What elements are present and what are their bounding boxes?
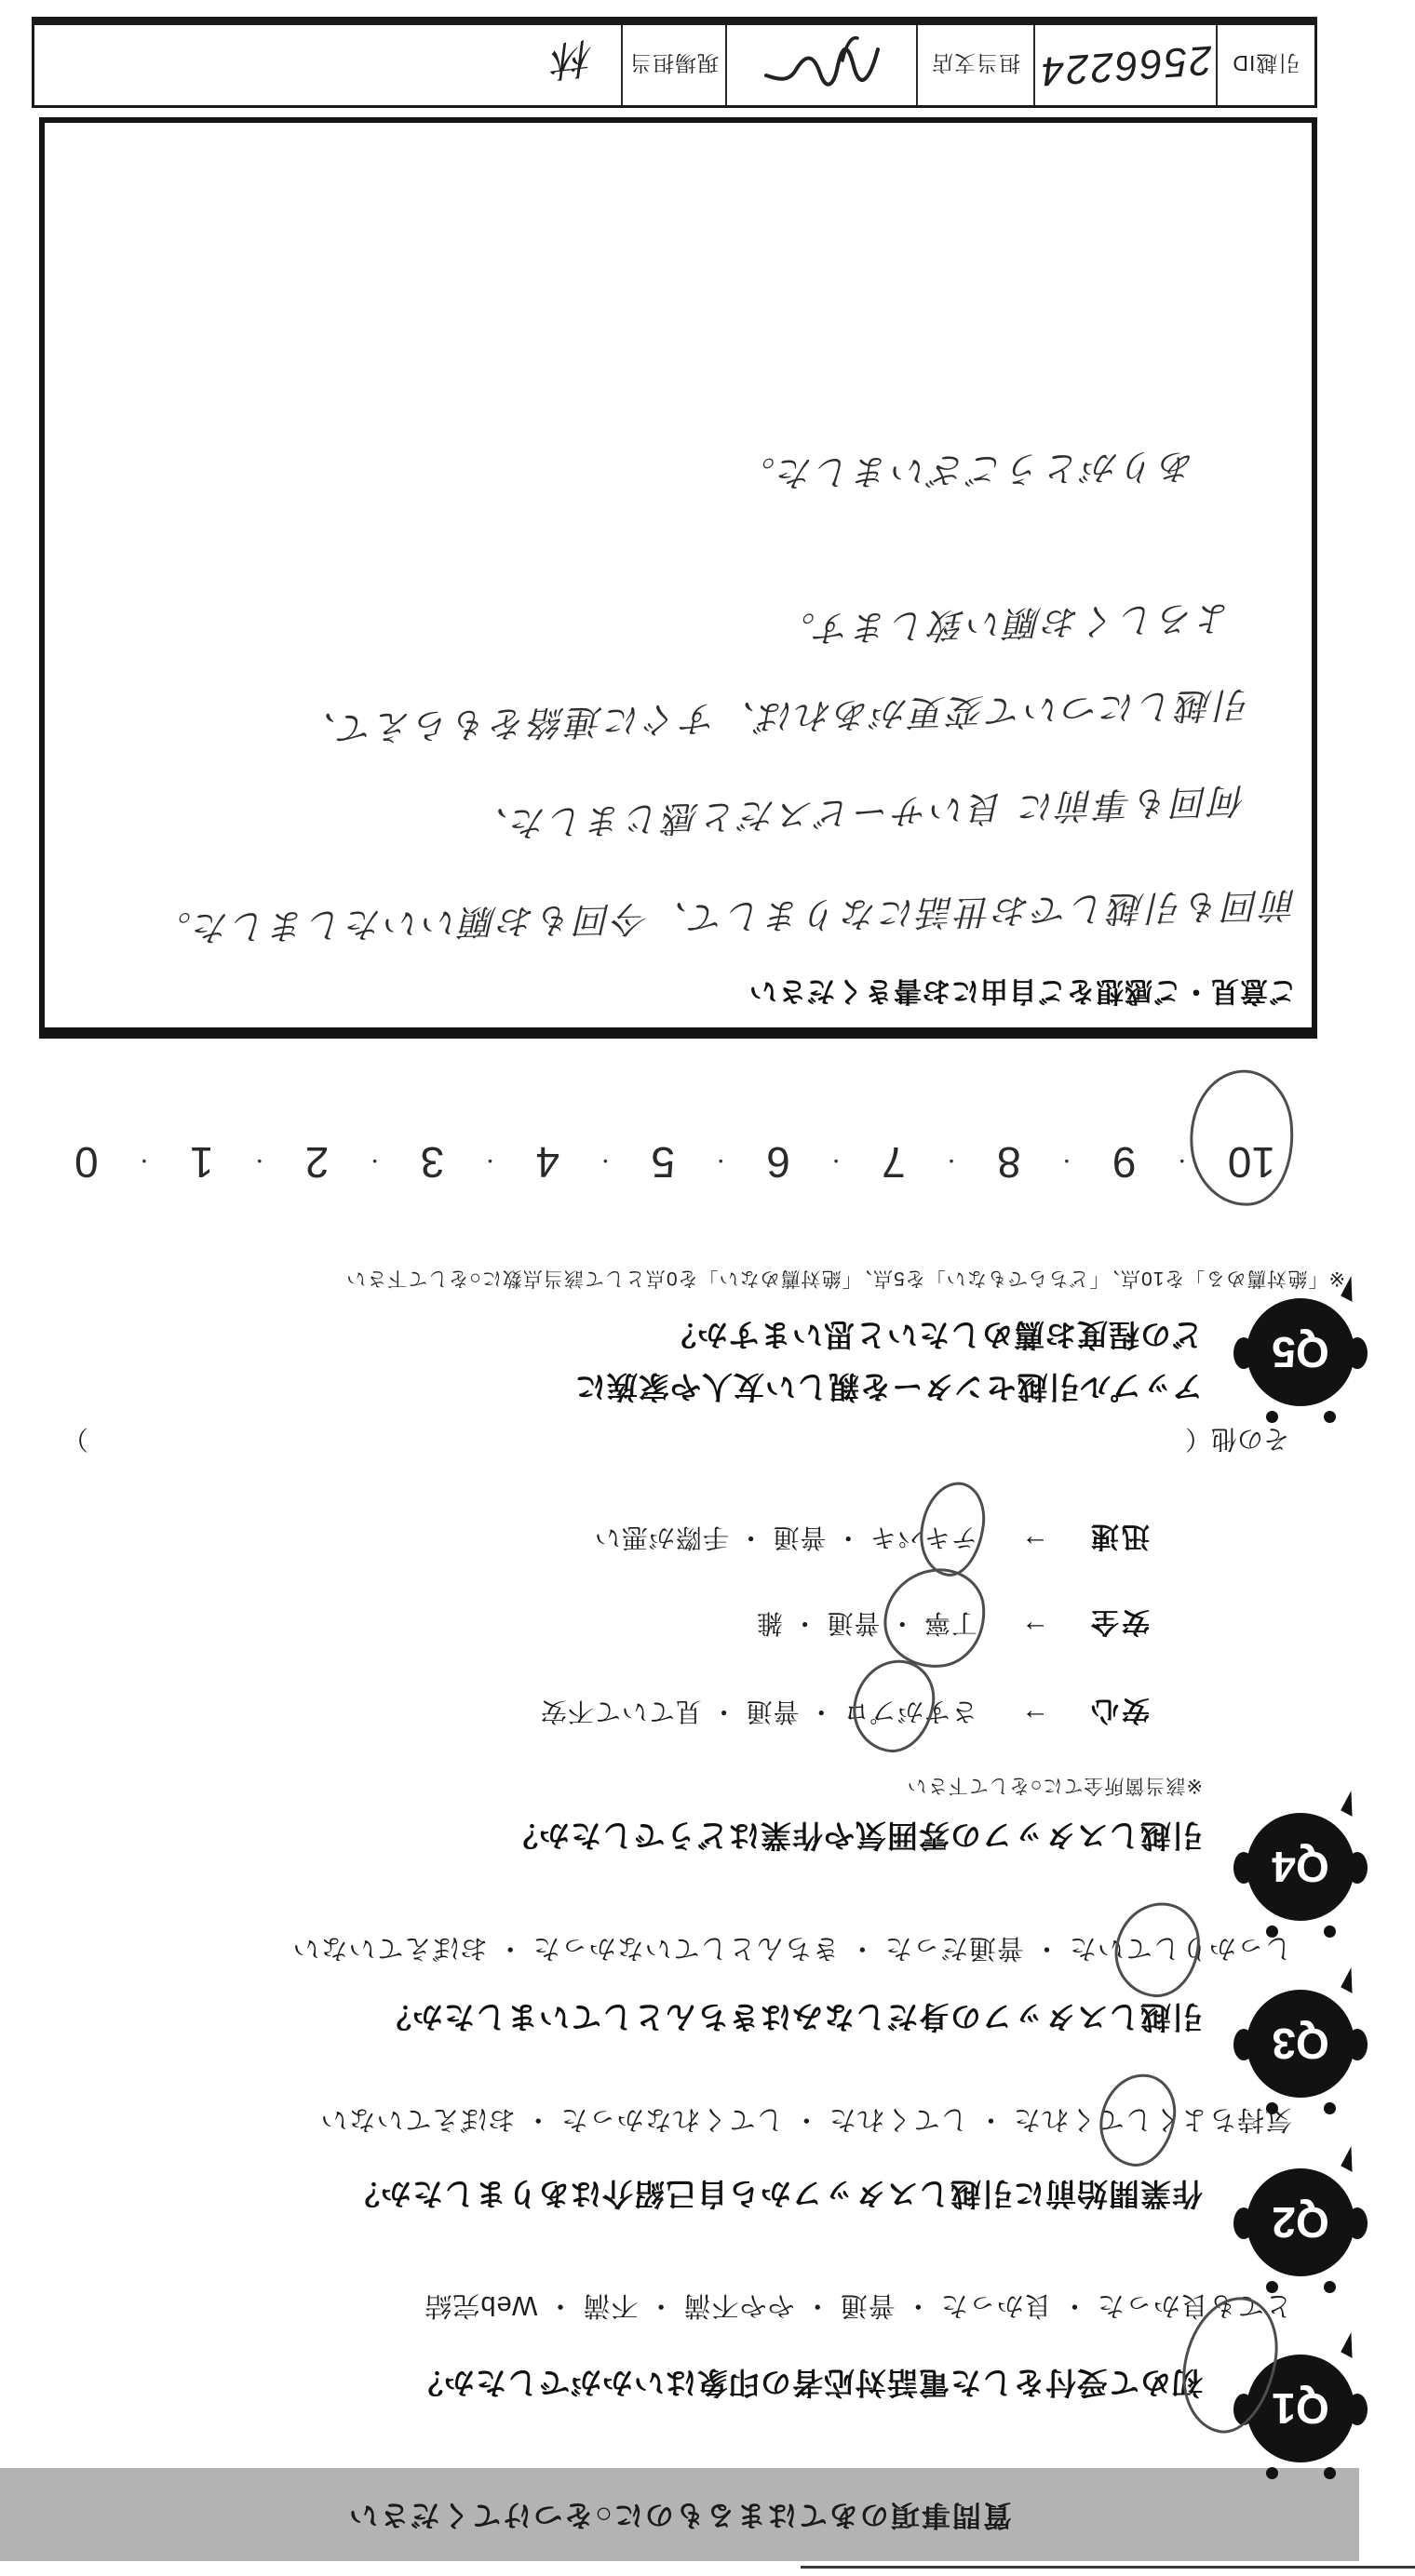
q3-bee-badge-icon: Q3	[1224, 1969, 1364, 2118]
bee-antenna-icon	[1266, 1411, 1278, 1423]
handwritten-circle-q4-row1	[847, 1654, 941, 1758]
q3-badge-label: Q3	[1247, 1990, 1354, 2098]
q4-row-label: 安全	[1088, 1604, 1150, 1645]
scale-item: 0	[74, 1137, 99, 1187]
q4-other-close: ）	[62, 1422, 88, 1459]
scale-item: ・	[250, 1149, 269, 1176]
comment-box-label: ご意見・ご感想をご自由にお書きください	[748, 973, 1297, 1014]
q2-badge-label: Q2	[1247, 2168, 1354, 2276]
q2-title: 作業開始前に引越しスタッフから自己紹介はありましたか？	[348, 2174, 1203, 2218]
comment-box: ご意見・ご感想をご自由にお書きください 前回も引越しでお世話になりまして、今回も…	[39, 117, 1317, 1039]
handwritten-comment-line: 前回も引越しでお世話になりまして、今回もお願いいたしました。	[153, 882, 1298, 958]
scanned-survey-sheet: 質問事項のあてはまるものに○をつけてください Q1 初めて受付をした電話対応者の…	[0, 0, 1415, 2576]
scale-item: 8	[997, 1137, 1021, 1187]
arrow-right-icon: →	[1021, 1528, 1049, 1560]
q4-other-open: その他（	[1185, 1422, 1289, 1459]
handwritten-circle-q4-row2	[879, 1564, 990, 1673]
arrow-right-icon: →	[1021, 1614, 1049, 1645]
q5-score-scale: 10・9・8・7・6・5・4・3・2・1・0	[74, 1137, 1275, 1187]
scan-edge-artifact	[801, 2566, 1415, 2569]
site-manager-label: 現場担当	[629, 50, 719, 81]
handwritten-comment-line: 何回も事前に 良いサービスだと感じました、	[470, 778, 1247, 853]
q4-row-label: 安心	[1088, 1693, 1150, 1734]
branch-signature-cell	[725, 25, 917, 105]
branch-label-cell: 担当支店	[916, 25, 1033, 105]
signature-scribble-icon	[751, 33, 891, 98]
site-manager-value-cell: 林	[34, 25, 621, 105]
q4-badge-label: Q4	[1247, 1813, 1354, 1921]
scale-item: ・	[1173, 1149, 1192, 1176]
handwritten-circle-q4-row3	[915, 1478, 990, 1580]
move-id-handwritten-value: 2566224	[1038, 36, 1213, 95]
scale-item: ・	[1058, 1149, 1076, 1176]
scale-item: ・	[711, 1149, 730, 1176]
scale-item: ・	[480, 1149, 499, 1176]
handwritten-comment-line: ありがとうございました。	[737, 444, 1196, 503]
move-id-value-cell: 2566224	[1033, 25, 1216, 105]
survey-page-rotated-180: 質問事項のあてはまるものに○をつけてください Q1 初めて受付をした電話対応者の…	[0, 0, 1415, 2576]
bee-tail-icon	[1341, 1791, 1363, 1817]
bee-antenna-icon	[1324, 1925, 1336, 1938]
q3-title: 引越しスタッフの身だしなみはきちんとしていましたか？	[380, 1997, 1203, 2041]
bee-antenna-icon	[1266, 1925, 1278, 1938]
bee-antenna-icon	[1266, 2467, 1278, 2479]
scale-item: ・	[827, 1149, 845, 1176]
bee-tail-icon	[1341, 2332, 1363, 2358]
arrow-right-icon: →	[1021, 1702, 1049, 1734]
bee-antenna-icon	[1266, 2281, 1278, 2293]
q1-options: とても良かった ・ 良かった ・ 普通 ・ やや不満 ・ 不満 ・ Web完結	[424, 2288, 1292, 2327]
q4-row-label: 迅速	[1088, 1519, 1150, 1560]
bee-antenna-icon	[1324, 2102, 1336, 2114]
scale-item: ・	[596, 1149, 614, 1176]
q1-title: 初めて受付をした電話対応者の印象はいかがでしたか？	[411, 2363, 1203, 2407]
scale-item: 7	[882, 1137, 906, 1187]
q4-note: ※該当箇所全てに○をして下さい	[907, 1773, 1203, 1801]
bee-antenna-icon	[1324, 2281, 1336, 2293]
handwritten-circle-q3	[1111, 1898, 1204, 2002]
scale-item: 3	[421, 1137, 445, 1187]
bee-tail-icon	[1341, 1967, 1363, 1993]
handwritten-circle-q2	[1094, 2069, 1180, 2171]
q4-bee-badge-icon: Q4	[1224, 1792, 1364, 1941]
handwritten-comment-line: よろしくお願い致します。	[776, 596, 1233, 659]
branch-label: 担当支店	[931, 50, 1020, 81]
bee-antenna-icon	[1324, 1411, 1336, 1423]
scale-item: ・	[366, 1149, 384, 1176]
q4-title: 引越しスタッフの雰囲気や作業はどうでしたか？	[506, 1816, 1203, 1859]
scale-item: 5	[651, 1137, 675, 1187]
handwritten-circle-score-10	[1183, 1066, 1301, 1212]
q5-title-line2: どの程度お薦めしたいと思いますか？	[665, 1315, 1203, 1359]
q5-badge-label: Q5	[1247, 1298, 1354, 1406]
q5-note: ※「絶対薦める」を10点、「どちらでもない」を5点、「絶対薦めない」を0点として…	[345, 1266, 1345, 1294]
scale-item: 9	[1112, 1137, 1137, 1187]
footer-id-table: 引越ID 2566224 担当支店 現場担当 林	[32, 17, 1317, 108]
handwritten-comment-line: 引越しについて変更があれば、すぐに連絡をもらえて、	[298, 682, 1252, 758]
scale-item: ・	[135, 1149, 154, 1176]
scale-item: 6	[766, 1137, 790, 1187]
header-band-text: 質問事項のあてはまるものに○をつけてください	[0, 2468, 1359, 2561]
bee-antenna-icon	[1324, 2467, 1336, 2479]
header-band: 質問事項のあてはまるものに○をつけてください	[0, 2468, 1359, 2561]
move-id-label-cell: 引越ID	[1216, 25, 1314, 105]
scale-item: 1	[190, 1137, 214, 1187]
q2-bee-badge-icon: Q2	[1224, 2148, 1364, 2297]
scale-item: 2	[305, 1137, 330, 1187]
site-manager-label-cell: 現場担当	[621, 25, 724, 105]
q5-title-line1: アップル引越センターを親しい友人や家族に	[574, 1367, 1203, 1411]
site-manager-handwritten-value: 林	[551, 31, 599, 95]
move-id-label: 引越ID	[1232, 50, 1300, 81]
q5-bee-badge-icon: Q5	[1224, 1278, 1364, 1427]
bee-antenna-icon	[1266, 2102, 1278, 2114]
bee-tail-icon	[1341, 2146, 1363, 2172]
scale-item: 4	[536, 1137, 560, 1187]
scale-item: ・	[942, 1149, 961, 1176]
